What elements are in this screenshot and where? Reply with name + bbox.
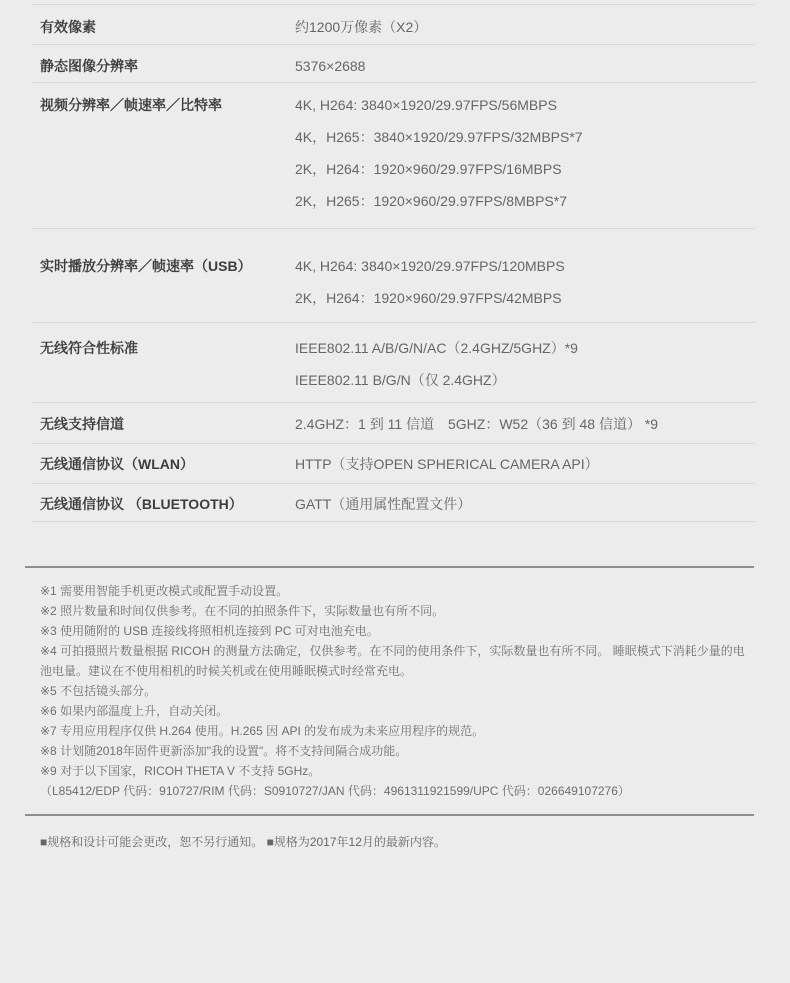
spec-label: 有效像素 xyxy=(32,17,295,44)
spec-row-live-playback-usb: 实时播放分辨率／帧速率（USB） 4K, H264: 3840×1920/29.… xyxy=(32,228,755,322)
spec-values: 4K, H264: 3840×1920/29.97FPS/56MBPS 4K，H… xyxy=(295,89,755,228)
footnotes: ※1 需要用智能手机更改模式或配置手动设置。 ※2 照片数量和时间仅供参考。在不… xyxy=(40,581,755,801)
spec-value-line: 5376×2688 xyxy=(295,56,755,76)
footnote-item: ※6 如果内部温度上升，自动关闭。 xyxy=(40,701,755,721)
footnote-item: ※3 使用随附的 USB 连接线将照相机连接到 PC 可对电池充电。 xyxy=(40,621,755,641)
spec-label: 无线符合性标准 xyxy=(32,332,295,402)
spec-values: HTTP（支持OPEN SPHERICAL CAMERA API） xyxy=(295,454,755,483)
spec-table: 有效像素 约1200万像素（X2） 静态图像分辨率 5376×2688 视频分辨… xyxy=(32,4,755,522)
section-divider xyxy=(25,814,754,816)
spec-values: GATT（通用属性配置文件） xyxy=(295,494,755,521)
spec-value-line: 约1200万像素（X2） xyxy=(295,17,755,37)
spec-value-line: 2K，H264：1920×960/29.97FPS/42MBPS xyxy=(295,282,755,314)
spec-value-line: 4K, H264: 3840×1920/29.97FPS/120MBPS xyxy=(295,250,755,282)
spec-value-line: 4K, H264: 3840×1920/29.97FPS/56MBPS xyxy=(295,89,755,121)
footnote-item: （L85412/EDP 代码：910727/RIM 代码：S0910727/JA… xyxy=(40,781,755,801)
spec-row-protocol-wlan: 无线通信协议（WLAN） HTTP（支持OPEN SPHERICAL CAMER… xyxy=(32,443,755,483)
spec-value-line: GATT（通用属性配置文件） xyxy=(295,494,755,514)
footnote-item: ※9 对于以下国家，RICOH THETA V 不支持 5GHz。 xyxy=(40,761,755,781)
spec-values: 2.4GHZ：1 到 11 信道 5GHZ：W52（36 到 48 信道） *9 xyxy=(295,414,755,443)
spec-value-line: 2K，H264：1920×960/29.97FPS/16MBPS xyxy=(295,153,755,185)
spec-values: 4K, H264: 3840×1920/29.97FPS/120MBPS 2K，… xyxy=(295,250,755,322)
spec-value-line: 4K，H265：3840×1920/29.97FPS/32MBPS*7 xyxy=(295,121,755,153)
footnote-item: ※7 专用应用程序仅供 H.264 使用。H.265 因 API 的发布成为未来… xyxy=(40,721,755,741)
spec-row-protocol-bluetooth: 无线通信协议 （BLUETOOTH） GATT（通用属性配置文件） xyxy=(32,483,755,521)
footnote-item: ※5 不包括镜头部分。 xyxy=(40,681,755,701)
spec-value-line: IEEE802.11 A/B/G/N/AC（2.4GHZ/5GHZ）*9 xyxy=(295,332,755,364)
spec-values: 约1200万像素（X2） xyxy=(295,17,755,44)
footnote-item: ※1 需要用智能手机更改模式或配置手动设置。 xyxy=(40,581,755,601)
footnote-item: ※8 计划随2018年固件更新添加"我的设置"。将不支持间隔合成功能。 xyxy=(40,741,755,761)
spec-values: IEEE802.11 A/B/G/N/AC（2.4GHZ/5GHZ）*9 IEE… xyxy=(295,332,755,402)
footnote-item: ※2 照片数量和时间仅供参考。在不同的拍照条件下，实际数量也有所不同。 xyxy=(40,601,755,621)
spec-row-wireless-channels: 无线支持信道 2.4GHZ：1 到 11 信道 5GHZ：W52（36 到 48… xyxy=(32,402,755,443)
section-divider xyxy=(25,566,754,568)
spec-value-line: 2K，H265：1920×960/29.97FPS/8MBPS*7 xyxy=(295,185,755,217)
spec-row-effective-pixels: 有效像素 约1200万像素（X2） xyxy=(32,4,755,44)
spec-label: 静态图像分辨率 xyxy=(32,56,295,82)
spec-row-video-resolution: 视频分辨率／帧速率／比特率 4K, H264: 3840×1920/29.97F… xyxy=(32,82,755,228)
spec-label: 视频分辨率／帧速率／比特率 xyxy=(32,89,295,228)
spec-label: 无线支持信道 xyxy=(32,414,295,443)
spec-value-line: HTTP（支持OPEN SPHERICAL CAMERA API） xyxy=(295,454,755,474)
spec-label: 无线通信协议（WLAN） xyxy=(32,454,295,483)
spec-values: 5376×2688 xyxy=(295,56,755,82)
spec-value-line: 2.4GHZ：1 到 11 信道 5GHZ：W52（36 到 48 信道） *9 xyxy=(295,414,755,434)
spec-label: 无线通信协议 （BLUETOOTH） xyxy=(32,494,295,521)
spec-row-wireless-compliance: 无线符合性标准 IEEE802.11 A/B/G/N/AC（2.4GHZ/5GH… xyxy=(32,322,755,402)
footnote-item: ※4 可拍摄照片数量根据 RICOH 的测量方法确定，仅供参考。在不同的使用条件… xyxy=(40,641,755,681)
footer-disclaimer: ■规格和设计可能会更改，恕不另行通知。 ■规格为2017年12月的最新内容。 xyxy=(40,832,755,852)
spec-value-line: IEEE802.11 B/G/N（仅 2.4GHZ） xyxy=(295,364,755,396)
spec-label: 实时播放分辨率／帧速率（USB） xyxy=(32,250,295,322)
spec-row-still-resolution: 静态图像分辨率 5376×2688 xyxy=(32,44,755,82)
